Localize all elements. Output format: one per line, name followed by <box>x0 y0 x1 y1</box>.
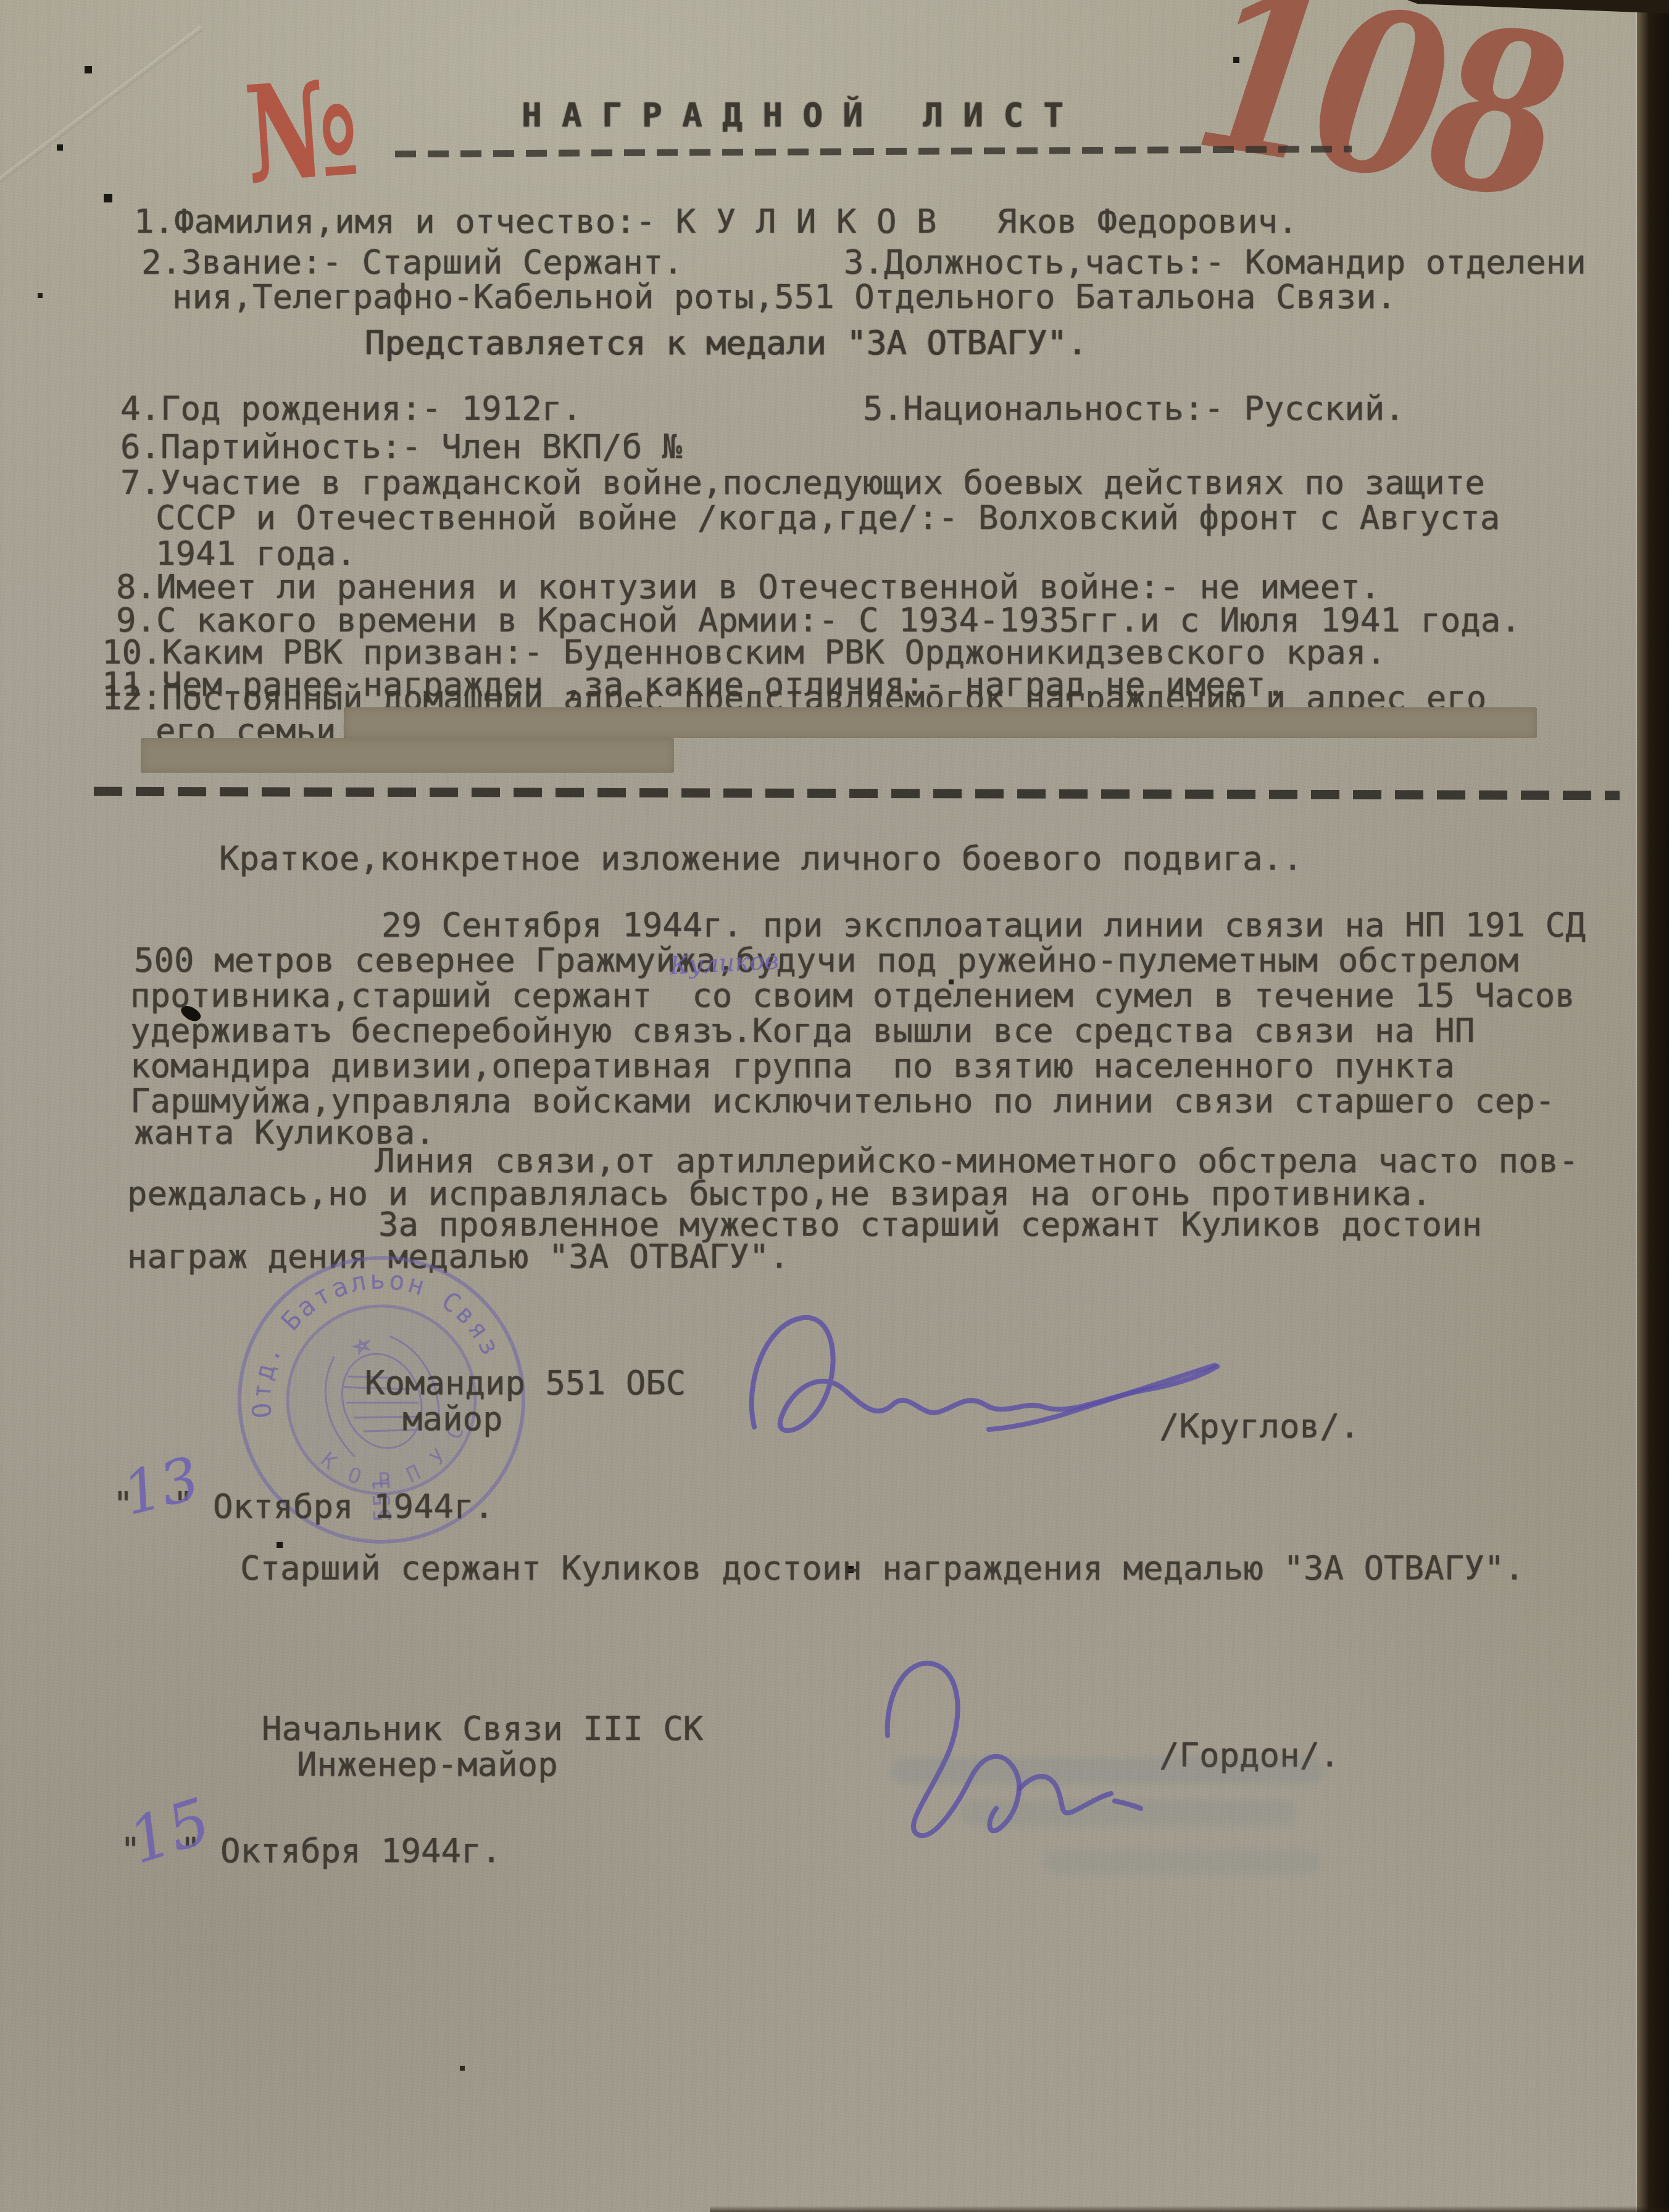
bleed-through-smudge <box>960 1801 1296 1826</box>
scan-edge-bottom <box>710 2206 1669 2212</box>
bleed-through-smudge <box>892 1758 1324 1784</box>
gordon-signature <box>0 0 1669 2212</box>
scan-edge-right <box>1637 0 1669 2212</box>
date2-rest: Октября 1944г. <box>220 1833 501 1869</box>
award-sheet-scan: № 108 Н А Г Р А Д Н О Й Л И С Т 1.Фамили… <box>0 0 1669 2212</box>
bleed-through-smudge <box>1043 1850 1321 1874</box>
